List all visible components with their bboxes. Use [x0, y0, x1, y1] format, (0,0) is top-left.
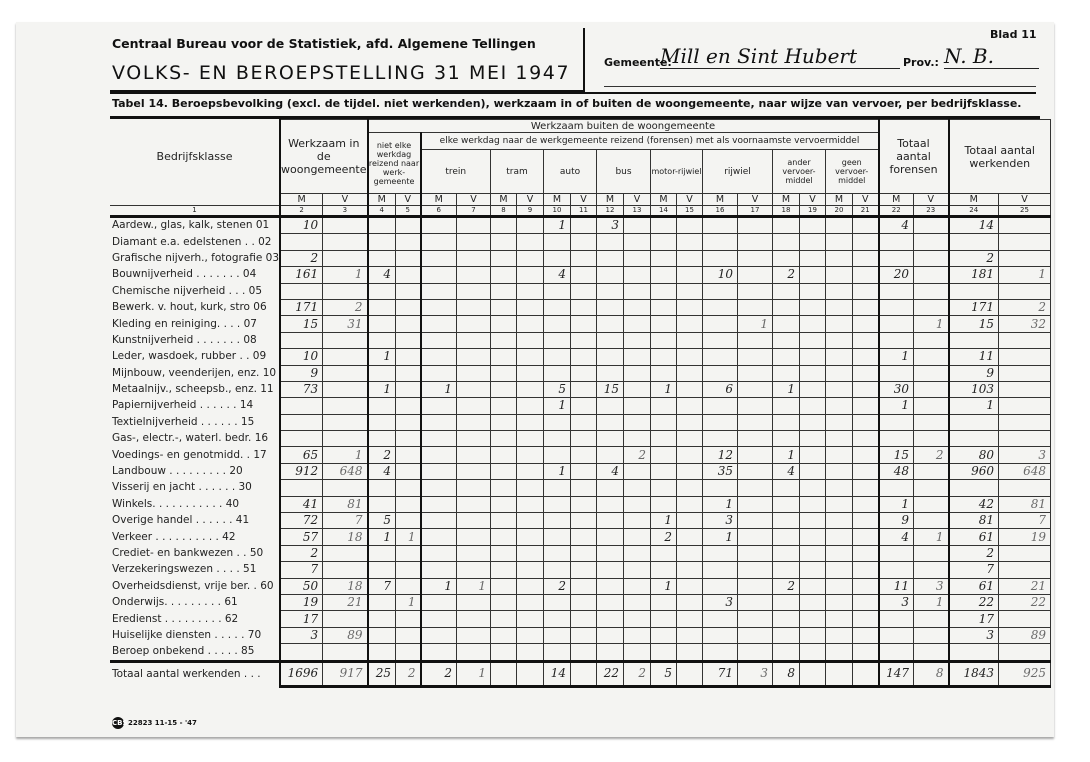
data-cell[interactable]: [677, 381, 703, 397]
data-cell[interactable]: 17: [280, 611, 323, 627]
data-cell[interactable]: 1: [999, 267, 1051, 283]
data-cell[interactable]: 35: [703, 463, 738, 479]
data-cell[interactable]: [421, 299, 457, 315]
data-cell[interactable]: [624, 594, 651, 610]
data-cell[interactable]: [517, 496, 544, 512]
data-cell[interactable]: [999, 365, 1051, 381]
data-cell[interactable]: [571, 250, 597, 266]
data-cell[interactable]: [457, 316, 491, 332]
data-cell[interactable]: 2: [773, 578, 800, 594]
data-cell[interactable]: 648: [323, 463, 368, 479]
data-cell[interactable]: [491, 217, 517, 234]
data-cell[interactable]: [421, 529, 457, 545]
data-cell[interactable]: [949, 283, 999, 299]
data-cell[interactable]: [457, 217, 491, 234]
data-cell[interactable]: [491, 234, 517, 250]
data-cell[interactable]: 1: [651, 513, 677, 529]
data-cell[interactable]: 11: [949, 349, 999, 365]
data-cell[interactable]: [738, 611, 773, 627]
data-cell[interactable]: [624, 496, 651, 512]
data-cell[interactable]: [544, 283, 571, 299]
data-cell[interactable]: 9: [280, 365, 323, 381]
data-cell[interactable]: 57: [280, 529, 323, 545]
data-cell[interactable]: [677, 267, 703, 283]
data-cell[interactable]: [826, 332, 853, 348]
data-cell[interactable]: [457, 381, 491, 397]
data-cell[interactable]: 32: [999, 316, 1051, 332]
data-cell[interactable]: [800, 267, 826, 283]
data-cell[interactable]: [571, 480, 597, 496]
data-cell[interactable]: [457, 267, 491, 283]
data-cell[interactable]: [571, 381, 597, 397]
data-cell[interactable]: 50: [280, 578, 323, 594]
data-cell[interactable]: [703, 234, 738, 250]
data-cell[interactable]: 2: [368, 447, 396, 463]
data-cell[interactable]: [914, 332, 949, 348]
data-cell[interactable]: [624, 611, 651, 627]
data-cell[interactable]: 1: [396, 594, 421, 610]
data-cell[interactable]: [624, 513, 651, 529]
data-cell[interactable]: [597, 578, 624, 594]
data-cell[interactable]: [624, 414, 651, 430]
data-cell[interactable]: [368, 250, 396, 266]
data-cell[interactable]: [396, 513, 421, 529]
data-cell[interactable]: [677, 431, 703, 447]
data-cell[interactable]: [624, 398, 651, 414]
data-cell[interactable]: [999, 217, 1051, 234]
data-cell[interactable]: [677, 529, 703, 545]
data-cell[interactable]: [738, 480, 773, 496]
data-cell[interactable]: [826, 447, 853, 463]
data-cell[interactable]: [738, 398, 773, 414]
data-cell[interactable]: [517, 234, 544, 250]
data-cell[interactable]: [517, 463, 544, 479]
data-cell[interactable]: [879, 414, 914, 430]
data-cell[interactable]: [421, 414, 457, 430]
data-cell[interactable]: 4: [597, 463, 624, 479]
data-cell[interactable]: [421, 250, 457, 266]
data-cell[interactable]: [457, 349, 491, 365]
data-cell[interactable]: [544, 496, 571, 512]
data-cell[interactable]: [738, 217, 773, 234]
data-cell[interactable]: [323, 414, 368, 430]
data-cell[interactable]: [368, 562, 396, 578]
data-cell[interactable]: [517, 349, 544, 365]
data-cell[interactable]: [677, 398, 703, 414]
data-cell[interactable]: [853, 562, 879, 578]
data-cell[interactable]: [999, 545, 1051, 561]
data-cell[interactable]: [491, 299, 517, 315]
data-cell[interactable]: [544, 316, 571, 332]
data-cell[interactable]: [571, 267, 597, 283]
data-cell[interactable]: [421, 431, 457, 447]
data-cell[interactable]: [280, 480, 323, 496]
data-cell[interactable]: [879, 365, 914, 381]
data-cell[interactable]: [826, 496, 853, 512]
data-cell[interactable]: [517, 217, 544, 234]
data-cell[interactable]: 2: [651, 529, 677, 545]
data-cell[interactable]: [677, 480, 703, 496]
data-cell[interactable]: 1: [651, 578, 677, 594]
data-cell[interactable]: 81: [999, 496, 1051, 512]
data-cell[interactable]: [396, 562, 421, 578]
data-cell[interactable]: [323, 562, 368, 578]
data-cell[interactable]: [651, 217, 677, 234]
data-cell[interactable]: 42: [949, 496, 999, 512]
data-cell[interactable]: 1: [323, 447, 368, 463]
data-cell[interactable]: [999, 644, 1051, 661]
data-cell[interactable]: [368, 627, 396, 643]
data-cell[interactable]: [368, 234, 396, 250]
data-cell[interactable]: [571, 644, 597, 661]
data-cell[interactable]: [396, 431, 421, 447]
data-cell[interactable]: [457, 431, 491, 447]
data-cell[interactable]: 5: [368, 513, 396, 529]
data-cell[interactable]: [773, 480, 800, 496]
data-cell[interactable]: 11: [879, 578, 914, 594]
data-cell[interactable]: [396, 414, 421, 430]
data-cell[interactable]: [651, 267, 677, 283]
data-cell[interactable]: [491, 562, 517, 578]
data-cell[interactable]: [703, 299, 738, 315]
data-cell[interactable]: [949, 644, 999, 661]
data-cell[interactable]: [491, 611, 517, 627]
data-cell[interactable]: [826, 463, 853, 479]
data-cell[interactable]: [421, 562, 457, 578]
data-cell[interactable]: [651, 545, 677, 561]
data-cell[interactable]: 181: [949, 267, 999, 283]
data-cell[interactable]: 2: [280, 545, 323, 561]
data-cell[interactable]: 1: [457, 661, 491, 686]
data-cell[interactable]: [826, 250, 853, 266]
data-cell[interactable]: [879, 431, 914, 447]
data-cell[interactable]: [491, 332, 517, 348]
data-cell[interactable]: [457, 299, 491, 315]
data-cell[interactable]: 2: [624, 447, 651, 463]
data-cell[interactable]: [544, 594, 571, 610]
data-cell[interactable]: [914, 365, 949, 381]
data-cell[interactable]: [421, 217, 457, 234]
data-cell[interactable]: [571, 578, 597, 594]
data-cell[interactable]: [914, 217, 949, 234]
data-cell[interactable]: [999, 414, 1051, 430]
data-cell[interactable]: 925: [999, 661, 1051, 686]
data-cell[interactable]: [396, 316, 421, 332]
data-cell[interactable]: [879, 332, 914, 348]
data-cell[interactable]: [651, 496, 677, 512]
data-cell[interactable]: [914, 381, 949, 397]
data-cell[interactable]: [826, 431, 853, 447]
data-cell[interactable]: [826, 283, 853, 299]
data-cell[interactable]: [491, 283, 517, 299]
data-cell[interactable]: [738, 349, 773, 365]
data-cell[interactable]: [703, 644, 738, 661]
data-cell[interactable]: [703, 545, 738, 561]
data-cell[interactable]: [773, 283, 800, 299]
data-cell[interactable]: 1: [651, 381, 677, 397]
data-cell[interactable]: [396, 381, 421, 397]
data-cell[interactable]: [544, 545, 571, 561]
data-cell[interactable]: [677, 365, 703, 381]
data-cell[interactable]: [800, 349, 826, 365]
data-cell[interactable]: [368, 365, 396, 381]
data-cell[interactable]: [738, 267, 773, 283]
data-cell[interactable]: [597, 316, 624, 332]
data-cell[interactable]: [597, 480, 624, 496]
data-cell[interactable]: 1: [879, 496, 914, 512]
data-cell[interactable]: [826, 299, 853, 315]
data-cell[interactable]: [800, 299, 826, 315]
data-cell[interactable]: [773, 332, 800, 348]
data-cell[interactable]: [544, 529, 571, 545]
data-cell[interactable]: [624, 529, 651, 545]
data-cell[interactable]: [368, 332, 396, 348]
data-cell[interactable]: 4: [773, 463, 800, 479]
data-cell[interactable]: [879, 250, 914, 266]
data-cell[interactable]: [800, 332, 826, 348]
data-cell[interactable]: [624, 316, 651, 332]
data-cell[interactable]: [280, 332, 323, 348]
data-cell[interactable]: [597, 349, 624, 365]
data-cell[interactable]: 89: [999, 627, 1051, 643]
data-cell[interactable]: [544, 349, 571, 365]
data-cell[interactable]: [677, 611, 703, 627]
data-cell[interactable]: [457, 250, 491, 266]
data-cell[interactable]: [677, 217, 703, 234]
data-cell[interactable]: 161: [280, 267, 323, 283]
data-cell[interactable]: [677, 545, 703, 561]
data-cell[interactable]: [597, 529, 624, 545]
data-cell[interactable]: [457, 627, 491, 643]
data-cell[interactable]: [703, 398, 738, 414]
data-cell[interactable]: [703, 349, 738, 365]
data-cell[interactable]: [826, 234, 853, 250]
data-cell[interactable]: [738, 332, 773, 348]
data-cell[interactable]: [703, 250, 738, 266]
data-cell[interactable]: [571, 496, 597, 512]
data-cell[interactable]: [800, 529, 826, 545]
data-cell[interactable]: [999, 332, 1051, 348]
data-cell[interactable]: [544, 414, 571, 430]
data-cell[interactable]: [651, 611, 677, 627]
data-cell[interactable]: [738, 529, 773, 545]
data-cell[interactable]: [491, 627, 517, 643]
data-cell[interactable]: [914, 234, 949, 250]
data-cell[interactable]: [677, 414, 703, 430]
data-cell[interactable]: [738, 381, 773, 397]
data-cell[interactable]: [738, 250, 773, 266]
data-cell[interactable]: [914, 611, 949, 627]
data-cell[interactable]: [800, 644, 826, 661]
data-cell[interactable]: 1: [323, 267, 368, 283]
data-cell[interactable]: 81: [949, 513, 999, 529]
data-cell[interactable]: [597, 545, 624, 561]
data-cell[interactable]: [323, 349, 368, 365]
data-cell[interactable]: [421, 365, 457, 381]
data-cell[interactable]: [624, 463, 651, 479]
data-cell[interactable]: [571, 365, 597, 381]
data-cell[interactable]: [651, 627, 677, 643]
data-cell[interactable]: [703, 480, 738, 496]
data-cell[interactable]: [773, 431, 800, 447]
data-cell[interactable]: [491, 644, 517, 661]
data-cell[interactable]: 14: [544, 661, 571, 686]
data-cell[interactable]: 7: [323, 513, 368, 529]
data-cell[interactable]: [999, 349, 1051, 365]
data-cell[interactable]: [544, 299, 571, 315]
data-cell[interactable]: [677, 332, 703, 348]
data-cell[interactable]: [853, 316, 879, 332]
data-cell[interactable]: [800, 250, 826, 266]
data-cell[interactable]: 4: [879, 529, 914, 545]
data-cell[interactable]: [544, 234, 571, 250]
data-cell[interactable]: [396, 611, 421, 627]
data-cell[interactable]: [421, 627, 457, 643]
data-cell[interactable]: [571, 431, 597, 447]
data-cell[interactable]: [544, 480, 571, 496]
data-cell[interactable]: [914, 513, 949, 529]
data-cell[interactable]: [677, 513, 703, 529]
data-cell[interactable]: [597, 611, 624, 627]
data-cell[interactable]: [457, 513, 491, 529]
data-cell[interactable]: [597, 365, 624, 381]
data-cell[interactable]: [491, 316, 517, 332]
data-cell[interactable]: [853, 283, 879, 299]
data-cell[interactable]: [517, 414, 544, 430]
data-cell[interactable]: [491, 398, 517, 414]
data-cell[interactable]: [491, 431, 517, 447]
data-cell[interactable]: [999, 381, 1051, 397]
data-cell[interactable]: [651, 365, 677, 381]
data-cell[interactable]: [571, 414, 597, 430]
data-cell[interactable]: [517, 398, 544, 414]
data-cell[interactable]: [800, 661, 826, 686]
data-cell[interactable]: [949, 480, 999, 496]
data-cell[interactable]: [773, 513, 800, 529]
data-cell[interactable]: [396, 545, 421, 561]
data-cell[interactable]: [914, 267, 949, 283]
data-cell[interactable]: [999, 398, 1051, 414]
data-cell[interactable]: [879, 480, 914, 496]
data-cell[interactable]: [826, 349, 853, 365]
data-cell[interactable]: 2: [544, 578, 571, 594]
data-cell[interactable]: 3: [597, 217, 624, 234]
data-cell[interactable]: 1: [879, 398, 914, 414]
data-cell[interactable]: [457, 496, 491, 512]
data-cell[interactable]: [914, 496, 949, 512]
data-cell[interactable]: [368, 316, 396, 332]
data-cell[interactable]: [421, 513, 457, 529]
data-cell[interactable]: [544, 332, 571, 348]
data-cell[interactable]: [853, 234, 879, 250]
data-cell[interactable]: [853, 480, 879, 496]
data-cell[interactable]: 147: [879, 661, 914, 686]
data-cell[interactable]: [571, 463, 597, 479]
data-cell[interactable]: [571, 529, 597, 545]
data-cell[interactable]: [773, 611, 800, 627]
data-cell[interactable]: 6: [703, 381, 738, 397]
data-cell[interactable]: [457, 332, 491, 348]
data-cell[interactable]: [396, 627, 421, 643]
data-cell[interactable]: [323, 611, 368, 627]
data-cell[interactable]: [597, 332, 624, 348]
data-cell[interactable]: 2: [773, 267, 800, 283]
data-cell[interactable]: [597, 496, 624, 512]
data-cell[interactable]: 12: [703, 447, 738, 463]
data-cell[interactable]: [624, 381, 651, 397]
data-cell[interactable]: [914, 545, 949, 561]
data-cell[interactable]: [368, 283, 396, 299]
data-cell[interactable]: [853, 398, 879, 414]
data-cell[interactable]: [323, 381, 368, 397]
data-cell[interactable]: 1843: [949, 661, 999, 686]
data-cell[interactable]: [597, 299, 624, 315]
data-cell[interactable]: 960: [949, 463, 999, 479]
data-cell[interactable]: [677, 661, 703, 686]
data-cell[interactable]: 2: [421, 661, 457, 686]
data-cell[interactable]: [651, 250, 677, 266]
data-cell[interactable]: 2: [914, 447, 949, 463]
data-cell[interactable]: [571, 562, 597, 578]
data-cell[interactable]: [544, 447, 571, 463]
data-cell[interactable]: [457, 414, 491, 430]
data-cell[interactable]: [396, 398, 421, 414]
gemeente-field[interactable]: Mill en Sint Hubert: [660, 44, 900, 69]
data-cell[interactable]: [853, 594, 879, 610]
data-cell[interactable]: [597, 267, 624, 283]
data-cell[interactable]: 2: [280, 250, 323, 266]
data-cell[interactable]: [800, 463, 826, 479]
data-cell[interactable]: [517, 644, 544, 661]
data-cell[interactable]: [421, 545, 457, 561]
data-cell[interactable]: [457, 234, 491, 250]
data-cell[interactable]: [421, 283, 457, 299]
data-cell[interactable]: [323, 234, 368, 250]
data-cell[interactable]: [368, 431, 396, 447]
data-cell[interactable]: [773, 316, 800, 332]
data-cell[interactable]: [491, 496, 517, 512]
data-cell[interactable]: [853, 250, 879, 266]
data-cell[interactable]: [491, 365, 517, 381]
data-cell[interactable]: [914, 414, 949, 430]
data-cell[interactable]: [773, 217, 800, 234]
data-cell[interactable]: [853, 447, 879, 463]
data-cell[interactable]: [323, 332, 368, 348]
data-cell[interactable]: 2: [323, 299, 368, 315]
data-cell[interactable]: [323, 480, 368, 496]
data-cell[interactable]: [914, 480, 949, 496]
data-cell[interactable]: [457, 283, 491, 299]
data-cell[interactable]: [879, 627, 914, 643]
data-cell[interactable]: [651, 414, 677, 430]
data-cell[interactable]: [421, 234, 457, 250]
data-cell[interactable]: [826, 529, 853, 545]
data-cell[interactable]: [597, 414, 624, 430]
data-cell[interactable]: 171: [949, 299, 999, 315]
data-cell[interactable]: [571, 447, 597, 463]
data-cell[interactable]: [396, 283, 421, 299]
data-cell[interactable]: [421, 594, 457, 610]
data-cell[interactable]: [703, 365, 738, 381]
data-cell[interactable]: 9: [879, 513, 914, 529]
data-cell[interactable]: [368, 611, 396, 627]
data-cell[interactable]: [571, 661, 597, 686]
data-cell[interactable]: 20: [879, 267, 914, 283]
data-cell[interactable]: [597, 431, 624, 447]
data-cell[interactable]: [773, 234, 800, 250]
data-cell[interactable]: 31: [323, 316, 368, 332]
data-cell[interactable]: [703, 283, 738, 299]
